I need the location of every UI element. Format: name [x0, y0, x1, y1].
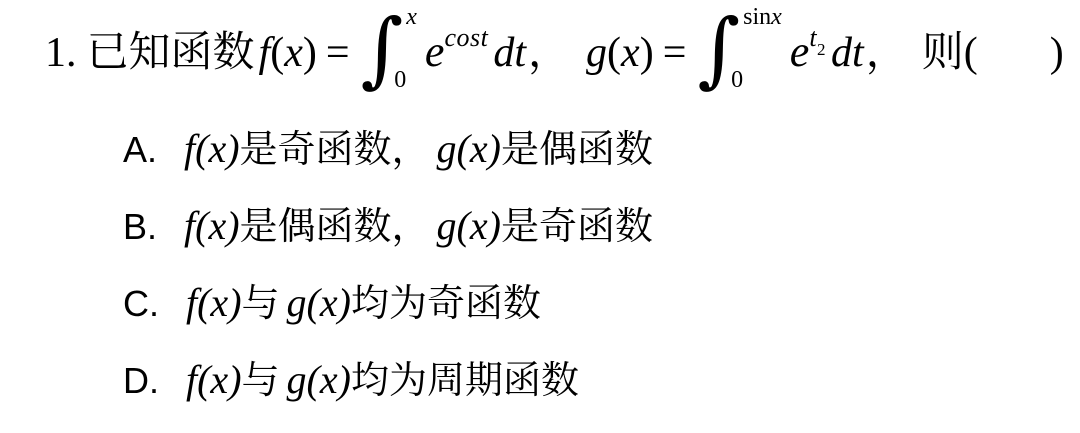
option-row-d: D.f(x)与g(x)均为周期函数: [123, 341, 1080, 418]
option-b-label: B.: [123, 206, 157, 247]
option-b-text-1: 是偶函数，: [240, 206, 430, 248]
f-right-paren: ): [303, 30, 317, 76]
option-c-text-2: 均为奇函数: [351, 283, 541, 325]
f-equals-sign: =: [326, 30, 350, 76]
g-expression: g(x)=∫sinx0et2dt: [586, 30, 864, 76]
option-a-label: A.: [123, 129, 157, 170]
option-c-math-g: g(x): [287, 280, 351, 325]
g-argument: x: [621, 30, 640, 76]
answer-prompt-open: 则(: [922, 30, 978, 76]
g-integrand-base: e: [790, 27, 810, 76]
f-integral: ∫x0: [361, 4, 417, 96]
option-a-math-f: f(x): [184, 126, 240, 171]
question-lead-text: 已知函数: [87, 30, 255, 76]
f-integral-limits: x0: [403, 4, 417, 96]
g-function-name: g: [586, 30, 607, 76]
option-d-text-1: 与: [242, 360, 280, 402]
f-argument: x: [284, 30, 303, 76]
option-a-math-g: g(x): [437, 126, 501, 171]
g-integral-upper-limit: sinx: [743, 5, 782, 30]
g-integral-lower-limit: 0: [731, 68, 782, 93]
option-b-text-2: 是奇函数: [501, 206, 653, 248]
option-row-a: A.f(x)是奇函数，g(x)是偶函数: [123, 110, 1080, 187]
f-integrand-base: e: [425, 27, 445, 76]
g-upper-limit-variable: x: [771, 4, 782, 30]
option-row-b: B.f(x)是偶函数，g(x)是奇函数: [123, 187, 1080, 264]
option-d-text-2: 均为周期函数: [351, 360, 579, 402]
option-b-math-g: g(x): [437, 203, 501, 248]
comma-separator-1: ，: [528, 30, 570, 76]
f-function-name: f: [259, 30, 271, 76]
f-left-paren: (: [270, 30, 284, 76]
option-c-text-1: 与: [242, 283, 280, 325]
f-differential: dt: [493, 30, 526, 76]
question-stem: 1.已知函数f(x)=∫x0ecostdt，g(x)=∫sinx0et2dt，则…: [0, 0, 1080, 104]
f-integral-upper-limit: x: [406, 5, 417, 30]
g-upper-limit-function: sin: [743, 4, 771, 30]
g-right-paren: ): [640, 30, 654, 76]
g-left-paren: (: [607, 30, 621, 76]
g-integrand-exponent-power: 2: [817, 40, 826, 59]
option-d-math-g: g(x): [287, 357, 351, 402]
options-list: A.f(x)是奇函数，g(x)是偶函数 B.f(x)是偶函数，g(x)是奇函数 …: [123, 110, 1080, 418]
option-b-math-f: f(x): [184, 203, 240, 248]
option-c-label: C.: [123, 283, 159, 324]
comma-separator-2: ，: [866, 30, 908, 76]
exam-page: { "page": { "background_color": "#ffffff…: [0, 0, 1080, 433]
option-c-math-f: f(x): [186, 280, 242, 325]
f-integrand-exponent: cost: [444, 23, 488, 52]
option-d-label: D.: [123, 360, 159, 401]
g-integrand-exponent-base: t: [809, 23, 817, 52]
g-differential: dt: [831, 30, 864, 76]
answer-prompt-close: ): [1050, 30, 1064, 76]
g-integral: ∫sinx0: [697, 4, 781, 96]
g-equals-sign: =: [663, 30, 687, 76]
g-integral-limits: sinx0: [740, 4, 782, 96]
option-a-text-2: 是偶函数: [501, 129, 653, 171]
option-a-text-1: 是奇函数，: [240, 129, 430, 171]
option-d-math-f: f(x): [186, 357, 242, 402]
f-integral-lower-limit: 0: [394, 68, 417, 93]
f-expression: f(x)=∫x0ecostdt: [259, 30, 527, 76]
question-number: 1.: [45, 30, 77, 76]
option-row-c: C.f(x)与g(x)均为奇函数: [123, 264, 1080, 341]
